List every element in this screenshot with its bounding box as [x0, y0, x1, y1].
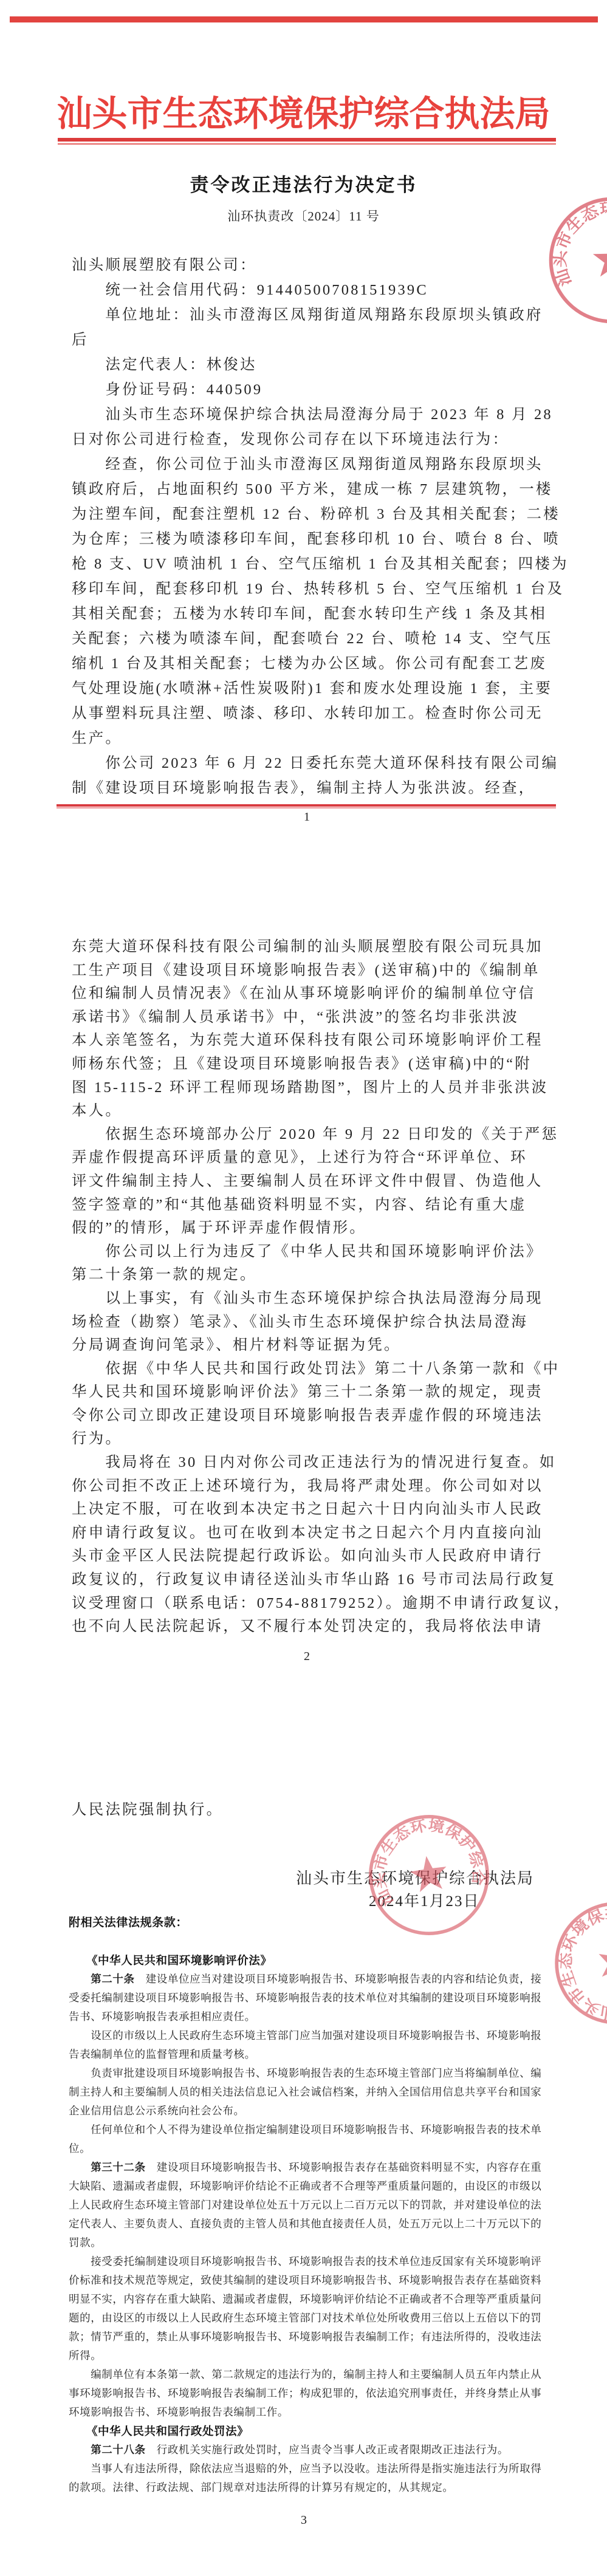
text-line: 移印车间，配套移印机 19 台、热转移机 5 台、空气压缩机 1 台及: [72, 576, 558, 601]
text-line: 统一社会信用代码：91440500708151939C: [72, 278, 558, 302]
text-line: 价标准和技术规范等规定，致使其编制的建设项目环境影响报告书、环境影响报告表存在基…: [69, 2271, 561, 2290]
text-line: 假的”的情形，属于环评弄虚作假情形。: [72, 1217, 558, 1240]
rule-thin: [58, 143, 556, 145]
text-line: 令你公司立即改正建设项目环境影响报告表弄虚作假的环境违法: [72, 1404, 558, 1428]
letterhead-double-rule: [58, 138, 556, 145]
page2-number: 2: [289, 1650, 325, 1664]
text-line: 上人民政府生态环境主管部门对建设单位处五十万元以上二百万元以下的罚款，并对建设单…: [69, 2196, 561, 2215]
text-line: 编制单位有本条第一款、第二款规定的违法行为的，编制主持人和主要编制人员五年内禁止…: [69, 2365, 561, 2384]
text-line: 上决定不服，可在收到本决定书之日起六十日内向汕头市人民政: [72, 1498, 558, 1522]
text-line: 以上事实，有《汕头市生态环境保护综合执法局澄海分局现: [72, 1287, 558, 1311]
text-line: 府申请行政复议。也可在收到本决定书之日起六个月内直接向汕: [72, 1522, 558, 1545]
text-line: 你公司拒不改正上述环境行为，我局将严肃处理。你公司如对以: [72, 1475, 558, 1498]
signature-agency: 汕头市生态环境保护综合执法局: [296, 1866, 534, 1888]
text-line: 题的，由设区的市级以上人民政府生态环境主管部门对技术单位处所收费用三倍以上五倍以…: [69, 2309, 561, 2328]
text-line: 明显不实，内容存在重大缺陷、遗漏或者虚假，环境影响评价结论不正确或者不合理等严重…: [69, 2290, 561, 2309]
text-line: 政复议的，行政复议申请径送汕头市华山路 16 号市司法局行政复: [72, 1568, 558, 1592]
text-line: 分局调查询问笔录》、相片材料等证据为凭。: [72, 1334, 558, 1358]
text-line: 评文件编制主持人、主要编制人员在环评文件中假冒、伪造他人: [72, 1170, 558, 1194]
text-line: 镇政府后，占地面积约 500 平方米，建成一栋 7 层建筑物，一楼: [72, 477, 558, 502]
text-line: 制《建设项目环境影响报告表》，编制主持人为张洪波。经查，: [72, 776, 558, 801]
page2-body: 东莞大道环保科技有限公司编制的汕头顺展塑胶有限公司玩具加工生产项目《建设项目环境…: [72, 935, 558, 1639]
text-line: 依据《中华人民共和国行政处罚法》第二十八条第一款和《中: [72, 1358, 558, 1381]
text-line: 告表编制单位的监督管理和质量考核。: [69, 2045, 561, 2064]
text-line: 图 15-115-2 环评工程师现场踏勘图”，图片上的人员并非张洪波: [72, 1076, 558, 1100]
text-line: 气处理设施(水喷淋+活性炭吸附)1 套和废水处理设施 1 套，主要: [72, 676, 558, 701]
text-line: 位。: [69, 2139, 561, 2158]
text-line: 汕头市生态环境保护综合执法局澄海分局于 2023 年 8 月 28: [72, 402, 558, 427]
text-line: 告书、环境影响报告表承担相应责任。: [69, 2007, 561, 2026]
text-line: 款；情节严重的，禁止从事环境影响报告书、环境影响报告表编制工作；有违法所得的，没…: [69, 2328, 561, 2346]
text-line: 位和编制人员情况表》《在汕从事环境影响评价的编制单位守信: [72, 982, 558, 1006]
text-line: 承诺书》《编制人员承诺书》中，“张洪波”的签名均非张洪波: [72, 1006, 558, 1030]
star-icon: [593, 240, 607, 276]
text-line: 行为。: [72, 1427, 558, 1451]
text-line: 负责审批建设项目环境影响报告书、环境影响报告表的生态环境主管部门应当将编制单位、…: [69, 2064, 561, 2083]
text-line: 第二十八条 行政机关实施行政处罚时，应当责令当事人改正或者限期改正违法行为。: [69, 2441, 561, 2459]
text-line: 罚款。: [69, 2233, 561, 2252]
text-line: 你公司 2023 年 6 月 22 日委托东莞大道环保科技有限公司编: [72, 751, 558, 776]
text-line: 依据生态环境部办公厅 2020 年 9 月 22 日印发的《关于严惩: [72, 1123, 558, 1147]
text-line: 附相关法律法规条款：: [69, 1913, 561, 1932]
text-line: 本人亲笔签名，为东莞大道环保科技有限公司环境影响评价工程: [72, 1029, 558, 1053]
text-line: 接受委托编制建设项目环境影响报告书、环境影响报告表的技术单位违反国家有关环境影响…: [69, 2252, 561, 2271]
text-line: 制主持人和主要编制人员的相关违法信息记入社会诚信档案，并纳入全国信用信息共享平台…: [69, 2083, 561, 2102]
text-line: 议受理窗口（联系电话：0754-88179252）。逾期不申请行政复议，: [72, 1592, 558, 1616]
text-line: 弄虚作假提高环评质量的意见》，上述行为符合“环评单位、环: [72, 1146, 558, 1170]
text-line: 汕头顺展塑胶有限公司：: [72, 253, 558, 278]
text-line: 《中华人民共和国环境影响评价法》: [69, 1951, 561, 1970]
text-line: 生产。: [72, 726, 558, 751]
footer-rule-thin: [57, 807, 556, 808]
text-line: 你公司以上行为违反了《中华人民共和国环境影响评价法》: [72, 1240, 558, 1264]
text-line: 从事塑料玩具注塑、喷漆、移印、水转印加工。检查时你公司无: [72, 701, 558, 726]
text-line: 《中华人民共和国行政处罚法》: [69, 2422, 561, 2441]
page1-number: 1: [289, 810, 325, 824]
page1-footer-rule: [57, 804, 556, 808]
text-line: 签字签章的”和“其他基础资料明显不实，内容、结论有重大虚: [72, 1194, 558, 1217]
text-line: 所得。: [69, 2346, 561, 2365]
letterhead-agency-title: 汕头市生态环境保护综合执法局: [0, 85, 607, 136]
text-line: 经查，你公司位于汕头市澄海区凤翔街道凤翔路东段原坝头: [72, 452, 558, 477]
footer-rule-thick: [57, 804, 556, 807]
text-line: 关配套；六楼为喷漆车间，配套喷台 22 台、喷枪 14 支、空气压: [72, 626, 558, 651]
text-line: 第二十条 建设单位应当对建设项目环境影响报告书、环境影响报告表的内容和结论负责，…: [69, 1970, 561, 1989]
document-title: 责令改正违法行为决定书: [0, 169, 607, 197]
scanned-official-document: 汕头市生态环境保护综合执法局 责令改正违法行为决定书 汕环执责改〔2024〕11…: [0, 0, 607, 2576]
red-top-bar: [10, 16, 598, 22]
text-line: [69, 1932, 561, 1951]
text-line: 头市金平区人民法院提起行政诉讼。如向汕头市人民政府申请行: [72, 1545, 558, 1568]
text-line: 为注塑车间，配套注塑机 12 台、粉碎机 3 台及其相关配套；二楼: [72, 502, 558, 527]
text-line: 其相关配套；五楼为水转印车间，配套水转印生产线 1 条及其相: [72, 601, 558, 626]
text-line: 的款项。法律、行政法规、部门规章对违法所得的计算另有规定的，从其规定。: [69, 2478, 561, 2497]
legal-annex: 附相关法律法规条款： 《中华人民共和国环境影响评价法》 第二十条 建设单位应当对…: [69, 1913, 561, 2497]
closing-line: 人民法院强制执行。: [72, 1798, 223, 1819]
text-line: 大缺陷、遗漏或者虚假，环境影响评价结论不正确或者不合理等严重质量问题的，由设区的…: [69, 2177, 561, 2196]
text-line: 枪 8 支、UV 喷油机 1 台、空气压缩机 1 台及其相关配套；四楼为: [72, 552, 558, 576]
text-line: 为仓库；三楼为喷漆移印车间，配套移印机 10 台、喷台 8 台、喷: [72, 527, 558, 552]
text-line: 受委托编制建设项目环境影响报告书、环境影响报告表的技术单位对其编制的建设项目环境…: [69, 1989, 561, 2007]
text-line: 东莞大道环保科技有限公司编制的汕头顺展塑胶有限公司玩具加: [72, 935, 558, 959]
text-line: 缩机 1 台及其相关配套；七楼为办公区域。你公司有配套工艺废: [72, 651, 558, 676]
text-line: 定代表人、主要负责人、直接负责的主管人员和其他直接责任人员，处五万元以上二十万元…: [69, 2215, 561, 2233]
text-line: 企业信用信息公示系统向社会公布。: [69, 2102, 561, 2120]
text-line: 事环境影响报告书、环境影响报告表编制工作；构成犯罪的，依法追究刑事责任，并终身禁…: [69, 2384, 561, 2403]
document-number: 汕环执责改〔2024〕11 号: [0, 207, 607, 225]
text-line: 我局将在 30 日内对你公司改正违法行为的情况进行复查。如: [72, 1451, 558, 1475]
page3-number: 3: [286, 2513, 322, 2527]
text-line: 第二十条第一款的规定。: [72, 1263, 558, 1287]
text-line: 日对你公司进行检查，发现你公司存在以下环境违法行为：: [72, 427, 558, 452]
text-line: 工生产项目《建设项目环境影响报告表》(送审稿)中的《编制单: [72, 959, 558, 983]
page1-body: 汕头顺展塑胶有限公司： 统一社会信用代码：91440500708151939C …: [72, 253, 558, 801]
text-line: 也不向人民法院起诉，又不履行本处罚决定的，我局将依法申请: [72, 1615, 558, 1639]
text-line: 师杨东代签；且《建设项目环境影响报告表》(送审稿)中的“附: [72, 1053, 558, 1076]
text-line: 环境影响报告书、环境影响报告表编制工作。: [69, 2403, 561, 2422]
text-line: 单位地址：汕头市澄海区凤翔街道凤翔路东段原坝头镇政府: [72, 302, 558, 327]
text-line: 后: [72, 327, 558, 352]
star-icon: [590, 1938, 607, 1987]
text-line: 身份证号码：440509: [72, 377, 558, 402]
signature-date: 2024年1月23日: [369, 1889, 480, 1911]
text-line: 第三十二条 建设项目环境影响报告书、环境影响报告表存在基础资料明显不实，内容存在…: [69, 2158, 561, 2177]
text-line: 当事人有违法所得，除依法应当退赔的外，应当予以没收。违法所得是指实施违法行为所取…: [69, 2459, 561, 2478]
text-line: 设区的市级以上人民政府生态环境主管部门应当加强对建设项目环境影响报告书、环境影响…: [69, 2026, 561, 2045]
text-line: 本人。: [72, 1099, 558, 1123]
text-line: 法定代表人：林俊达: [72, 352, 558, 377]
text-line: 场检查（勘察）笔录》、《汕头市生态环境保护综合执法局澄海: [72, 1311, 558, 1334]
rule-thick: [58, 138, 556, 142]
text-line: 华人民共和国环境影响评价法》第三十二条第一款的规定，现责: [72, 1381, 558, 1404]
text-line: 任何单位和个人不得为建设单位指定编制建设项目环境影响报告书、环境影响报告表的技术…: [69, 2120, 561, 2139]
